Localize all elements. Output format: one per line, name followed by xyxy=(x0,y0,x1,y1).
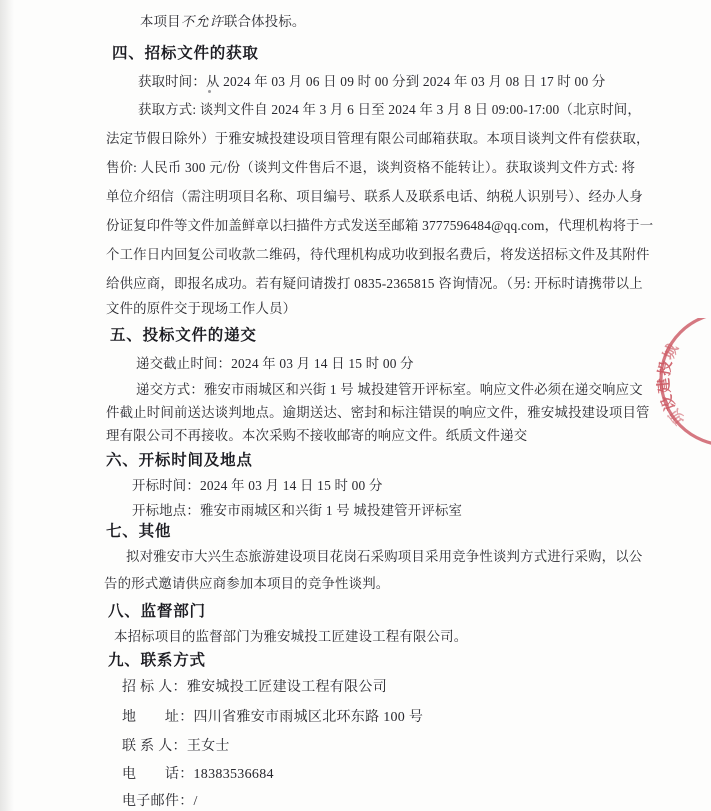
intro-line: 本项目不允许联合体投标。 xyxy=(140,14,306,31)
contact-label: 联 系 人： xyxy=(122,739,187,754)
seal-char: 城 xyxy=(659,340,682,362)
doc-line: 本招标项目的监督部门为雅安城投工匠建设工程有限公司。 xyxy=(114,629,467,646)
section-heading-5: 五、投标文件的递交 xyxy=(110,326,257,345)
contact-row-person: 联 系 人：王女士 xyxy=(122,738,230,756)
contact-label: 电子邮件： xyxy=(122,794,194,809)
seal-border-arc xyxy=(661,318,711,445)
intro-prefix: 本项目 xyxy=(140,14,181,29)
doc-line: 法定节假日除外）于雅安城投建设项目管理有限公司邮箱获取。本项目谈判文件有偿获取， xyxy=(106,131,650,148)
doc-line: 份证复印件等文件加盖鲜章以扫描件方式发送至邮箱 3777596484@qq.co… xyxy=(106,218,653,235)
contact-row-bidder: 招 标 人：雅安城投工匠建设工程有限公司 xyxy=(122,679,387,697)
section-heading-7: 七、其他 xyxy=(106,522,171,541)
doc-line: 单位介绍信（需注明项目名称、项目编号、联系人及联系电话、纳税人识别号）、经办人身 xyxy=(106,189,643,206)
contact-row-email: 电子邮件：/ xyxy=(122,793,198,811)
seal-char: 项 xyxy=(666,405,689,428)
section-heading-6: 六、开标时间及地点 xyxy=(106,451,253,470)
doc-line: 递交方式：雅安市雨城区和兴街 1 号 城投建管开评标室。响应文件必须在递交响应文 xyxy=(136,382,643,399)
contact-label: 地 址： xyxy=(122,710,194,725)
scanned-document-page: 本项目不允许联合体投标。 四、招标文件的获取 获取时间：从 2024 年 03 … xyxy=(0,0,711,811)
doc-line: 给供应商，即报名成功。若有疑问请拨打 0835-2365815 咨询情况。（另:… xyxy=(106,276,643,293)
contact-value: 四川省雅安市雨城区北环东路 100 号 xyxy=(194,710,424,725)
section-heading-4: 四、招标文件的获取 xyxy=(112,44,259,63)
section-heading-9: 九、联系方式 xyxy=(108,651,206,670)
doc-line: 拟对雅安市大兴生态旅游建设项目花岗石采购项目采用竞争性谈判方式进行采购，以公 xyxy=(126,549,642,566)
company-seal: 城 投 建 设 项 xyxy=(645,318,711,450)
doc-line: 获取时间：从 2024 年 03 月 06 日 09 时 00 分到 2024 … xyxy=(138,74,605,91)
seal-char: 建 xyxy=(655,377,673,394)
section-heading-8: 八、监督部门 xyxy=(108,602,206,621)
seal-char: 投 xyxy=(655,359,675,377)
contact-label: 招 标 人： xyxy=(122,680,187,695)
seal-char: 设 xyxy=(657,393,679,414)
contact-row-phone: 电 话：18383536684 xyxy=(122,766,274,784)
doc-line: 告的形式邀请供应商参加本项目的竞争性谈判。 xyxy=(104,576,389,593)
doc-line: 开标时间：2024 年 03 月 14 日 15 时 00 分 xyxy=(132,478,383,495)
contact-value: 雅安城投工匠建设工程有限公司 xyxy=(187,680,387,695)
doc-line: 递交截止时间：2024 年 03 月 14 日 15 时 00 分 xyxy=(136,356,414,373)
contact-row-address: 地 址：四川省雅安市雨城区北环东路 100 号 xyxy=(122,709,423,727)
contact-value: 18383536684 xyxy=(194,767,274,782)
doc-line: 开标地点：雅安市雨城区和兴街 1 号 城投建管开评标室 xyxy=(132,503,462,520)
scan-artifact-dot xyxy=(208,90,211,93)
intro-emphasis: 不允许 xyxy=(181,14,224,29)
scan-edge-shadow xyxy=(0,0,14,811)
doc-line: 理有限公司不再接收。本次采购不接收邮寄的响应文件。纸质文件递交 xyxy=(106,428,527,445)
intro-suffix: 联合体投标。 xyxy=(224,14,306,29)
doc-line: 件截止时间前送达谈判地点。逾期送达、密封和标注错误的响应文件，雅安城投建设项目管 xyxy=(106,405,650,422)
contact-value: 王女士 xyxy=(187,739,230,754)
contact-label: 电 话： xyxy=(122,767,194,782)
doc-line: 获取方式: 谈判文件自 2024 年 3 月 6 日至 2024 年 3 月 8… xyxy=(138,102,641,119)
doc-line: 个工作日内回复公司收款二维码，待代理机构成功收到报名费后，将发送招标文件及其附件 xyxy=(106,247,650,264)
doc-line: 售价: 人民币 300 元/份（谈判文件售后不退，谈判资格不能转让）。获取谈判文… xyxy=(106,160,635,177)
doc-line: 文件的原件交于现场工作人员） xyxy=(106,301,296,318)
contact-value: / xyxy=(194,794,198,809)
